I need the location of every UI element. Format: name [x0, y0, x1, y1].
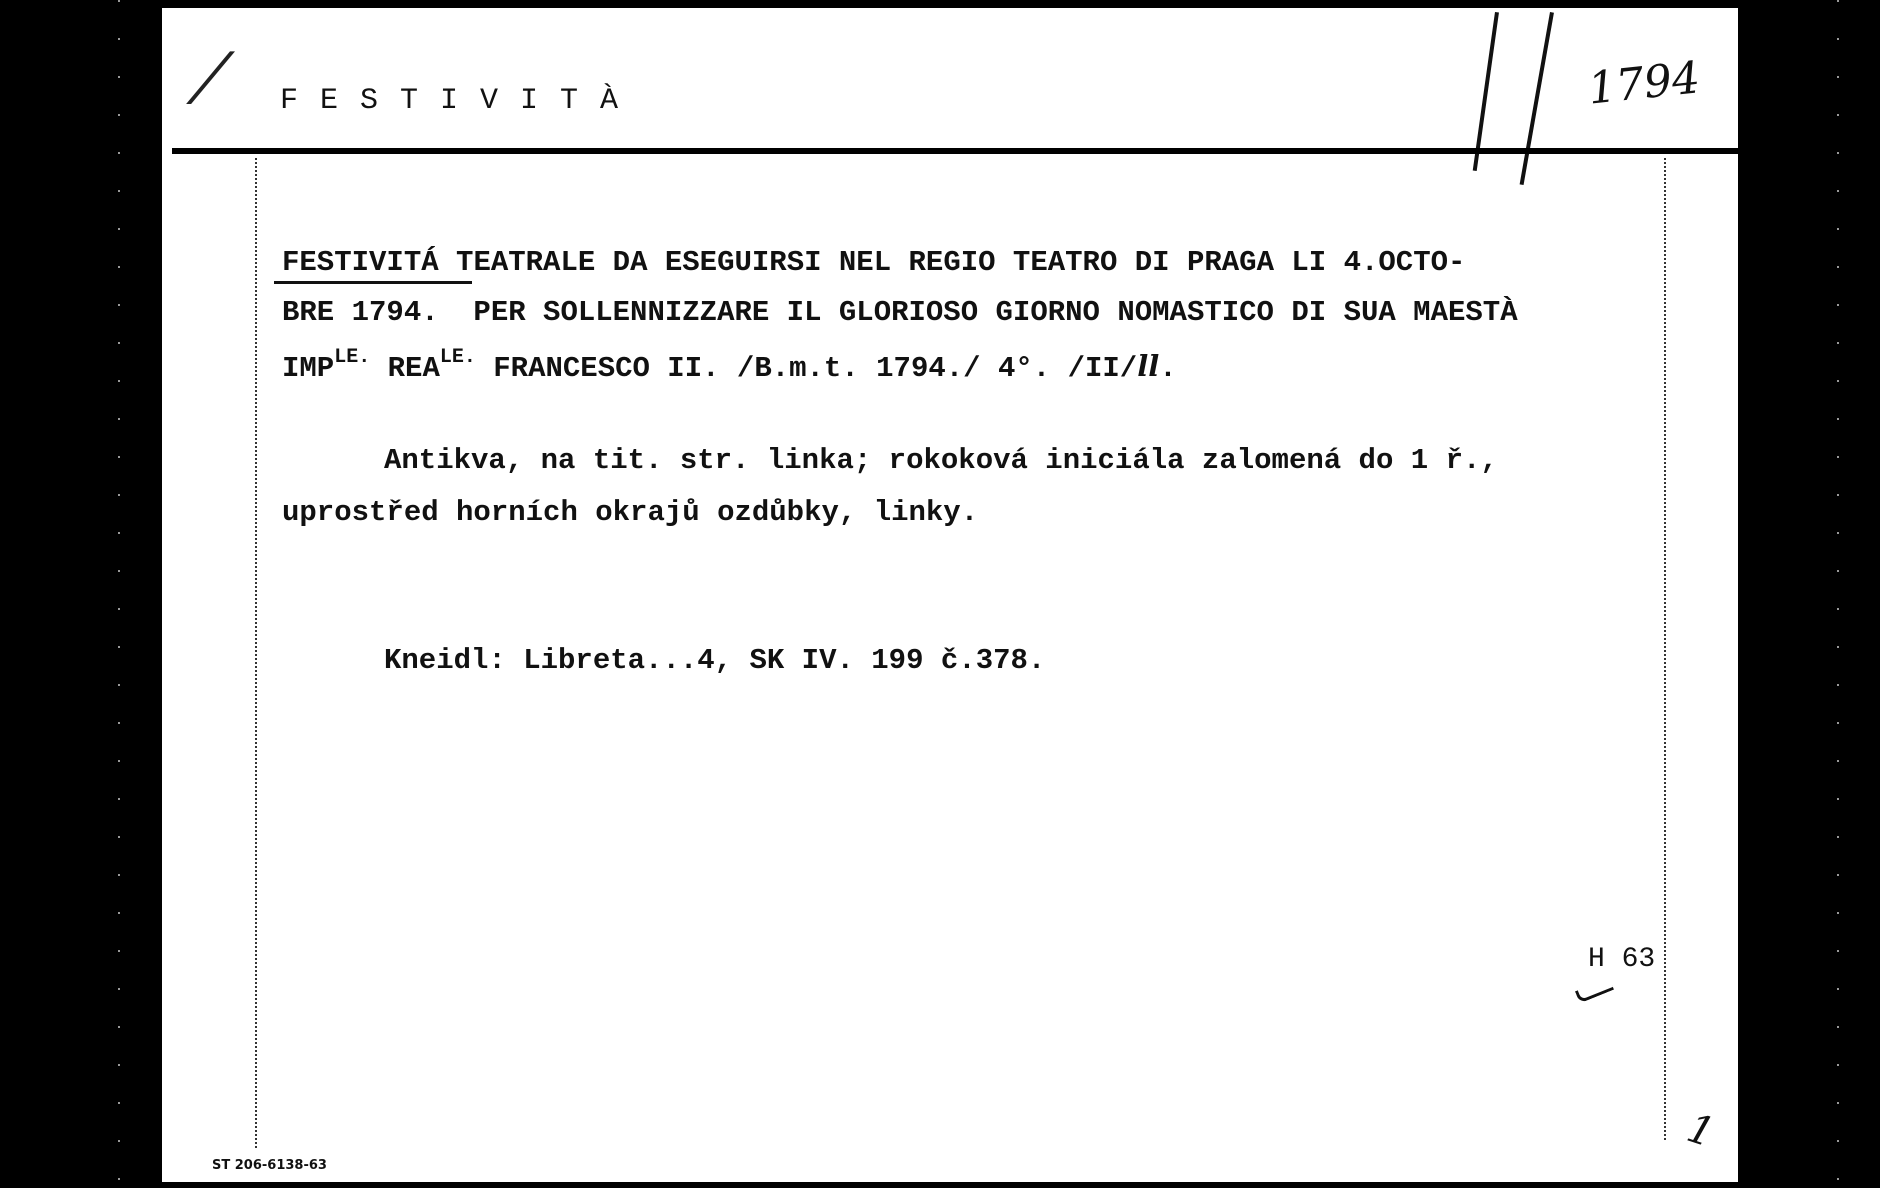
heading-rule: [172, 148, 1738, 154]
title-keyword: FESTIVITÁ: [282, 246, 439, 279]
description-line-2: uprostřed horních okrajů ozdůbky, linky.: [282, 496, 978, 529]
superscript: LE.: [440, 346, 476, 369]
bibliographic-reference: Kneidl: Libreta...4, SK IV. 199 č.378.: [384, 644, 1045, 677]
title-abbrev-rea: REA: [370, 352, 440, 385]
title-line-3-end: .: [1159, 352, 1176, 385]
card-heading: FESTIVITÀ: [280, 84, 640, 118]
scanner-edge-marks-left: [118, 0, 120, 1188]
keyword-underline: [274, 281, 472, 284]
title-line-3: IMPLE. REALE. FRANCESCO II. /B.m.t. 1794…: [282, 346, 1177, 385]
handwritten-annotation: ll: [1137, 349, 1159, 383]
right-margin-line: [1664, 158, 1666, 1140]
title-abbrev-imp: IMP: [282, 352, 334, 385]
title-line-1-text: TEATRALE DA ESEGUIRSI NEL REGIO TEATRO D…: [439, 246, 1466, 279]
form-code: ST 206-6138-63: [212, 1158, 327, 1173]
title-line-3-text: FRANCESCO II. /B.m.t. 1794./ 4°. /II/: [476, 352, 1137, 385]
description-line-1: Antikva, na tit. str. linka; rokoková in…: [384, 444, 1498, 477]
title-line-2: BRE 1794. PER SOLLENNIZZARE IL GLORIOSO …: [282, 296, 1518, 329]
left-margin-line: [255, 158, 257, 1148]
title-line-1: FESTIVITÁ TEATRALE DA ESEGUIRSI NEL REGI…: [282, 246, 1465, 279]
scanner-edge-marks-right: [1837, 0, 1839, 1188]
catalog-card: [162, 8, 1738, 1182]
superscript: LE.: [334, 346, 370, 369]
shelf-mark: H 63: [1588, 944, 1655, 975]
